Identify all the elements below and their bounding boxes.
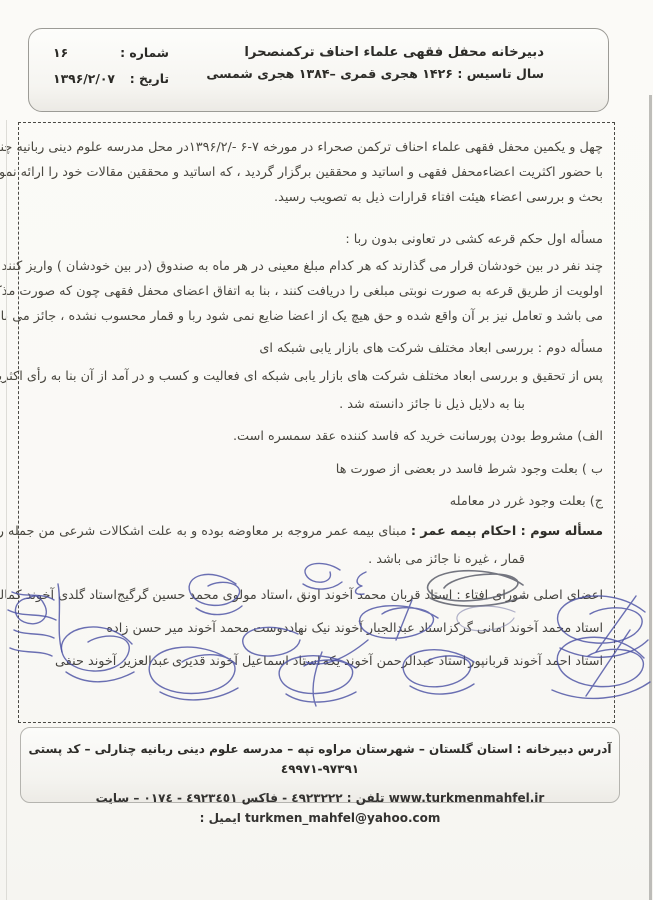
body-line: چند نفر در بین خودشان قرار می گذارند که … [29, 254, 603, 279]
org-founding-line: سال تاسیس : ۱۴۲۶ هجری قمری –۱۳۸۴ هجری شم… [206, 63, 544, 84]
footer-address-line: آدرس دبیرخانه : استان گلستان – شهرستان م… [21, 739, 619, 779]
reason-a-line: الف) مشروط بودن پورسانت خرید که فاسد کنن… [29, 424, 603, 449]
signatories-row-3: استاد احمد آخوند قربانپور استاد عبدالرحم… [55, 650, 603, 674]
body-line: با حضور اکثریت اعضاءمحفل فقهی و اساتید و… [29, 160, 603, 185]
signatories-row-1: اعضای اصلی شورای افتاء : استاد قربان محم… [29, 584, 603, 608]
scanned-document-page: دبیرخانه محفل فقهی علماء احناف ترکمنصحرا… [0, 0, 653, 900]
signatory-name: استاد مولوی محمد حسین گرگیج [117, 584, 289, 608]
signatory-name: اعضای اصلی شورای افتاء : استاد قربان محم… [288, 584, 603, 608]
body-line: بحث و بررسی اعضاء هیئت افتاء قرارات ذیل … [29, 185, 603, 210]
body-line: قمار ، غیره نا جائز می باشد . [29, 547, 525, 572]
issue-3-text: مبنای بیمه عمر مروجه بر معاوضه بوده و به… [0, 524, 407, 539]
issue-3-heading: مسأله سوم : احکام بیمه عمر : [411, 524, 603, 539]
body-line: بنا به دلایل ذیل نا جائز دانسته شد . [29, 392, 525, 417]
signatories-row-2: استاد محمد آخوند امانی گرکز استاد عبدالج… [167, 617, 603, 641]
body-line: چهل و یکمین محفل فقهی علماء احناف ترکمن … [29, 135, 603, 160]
issue-3-line: مسأله سوم : احکام بیمه عمر : مبنای بیمه … [29, 519, 603, 544]
signatory-name: استاد گلدی آخوند کمالی [0, 584, 117, 608]
body-line: پس از تحقیق و بررسی ابعاد مختلف شرکت های… [29, 364, 603, 389]
number-label: شماره : [120, 43, 169, 63]
body-line: می باشد و تعامل نیز بر آن واقع شده و حق … [29, 304, 603, 329]
reason-c-line: ج) بعلت وجود غرر در معامله [29, 489, 603, 514]
date-value: ۱۳۹۶/۲/۰۷ [53, 69, 115, 89]
signatory-name: استاد محمد آخوند امانی گرکز [447, 617, 603, 641]
signatory-name: استاد اسماعیل آخوند قدیری [172, 650, 321, 674]
document-date-row: تاریخ : ۱۳۹۶/۲/۰۷ [53, 69, 169, 89]
letterhead-meta-block: شماره : ۱۶ تاریخ : ۱۳۹۶/۲/۰۷ [53, 43, 169, 95]
number-value: ۱۶ [53, 43, 68, 63]
letterhead-box: دبیرخانه محفل فقهی علماء احناف ترکمنصحرا… [28, 28, 609, 112]
letterhead-org-block: دبیرخانه محفل فقهی علماء احناف ترکمنصحرا… [206, 42, 544, 84]
issue-2-heading: مسأله دوم : بررسی ابعاد مختلف شرکت های ب… [29, 336, 603, 361]
signatory-name: استاد احمد آخوند قربانپور [468, 650, 603, 674]
scan-edge-artifact [649, 95, 652, 900]
date-label: تاریخ : [130, 69, 169, 89]
body-line: اولویت از طریق قرعه به صورت نوبتی مبلغی … [29, 279, 603, 304]
reason-b-line: ب ) بعلت وجود شرط فاسد در بعضی از صورت ه… [29, 457, 603, 482]
signatory-name: عبدالعزیز آخوند حنفی [55, 650, 170, 674]
scan-edge-artifact [6, 120, 7, 900]
issue-1-heading: مسأله اول حکم قرعه کشی در تعاونی بدون رب… [29, 227, 603, 252]
document-body-box: چهل و یکمین محفل فقهی علماء احناف ترکمن … [18, 122, 615, 723]
signatory-name: دوست محمد آخوند میر حسن زاده [106, 617, 288, 641]
org-title: دبیرخانه محفل فقهی علماء احناف ترکمنصحرا [206, 42, 544, 63]
footer-contact-line: www.turkmenmahfel.ir تلفن : ٤٩٢٣٢٢٢ - فا… [21, 788, 619, 828]
signatory-name: استاد عبدالرحمن آخوند یکه [323, 650, 467, 674]
signatory-name: استاد عبدالجبار آخوند نیک نهاد [288, 617, 446, 641]
footer-box: آدرس دبیرخانه : استان گلستان – شهرستان م… [20, 727, 620, 803]
document-number-row: شماره : ۱۶ [53, 43, 169, 63]
